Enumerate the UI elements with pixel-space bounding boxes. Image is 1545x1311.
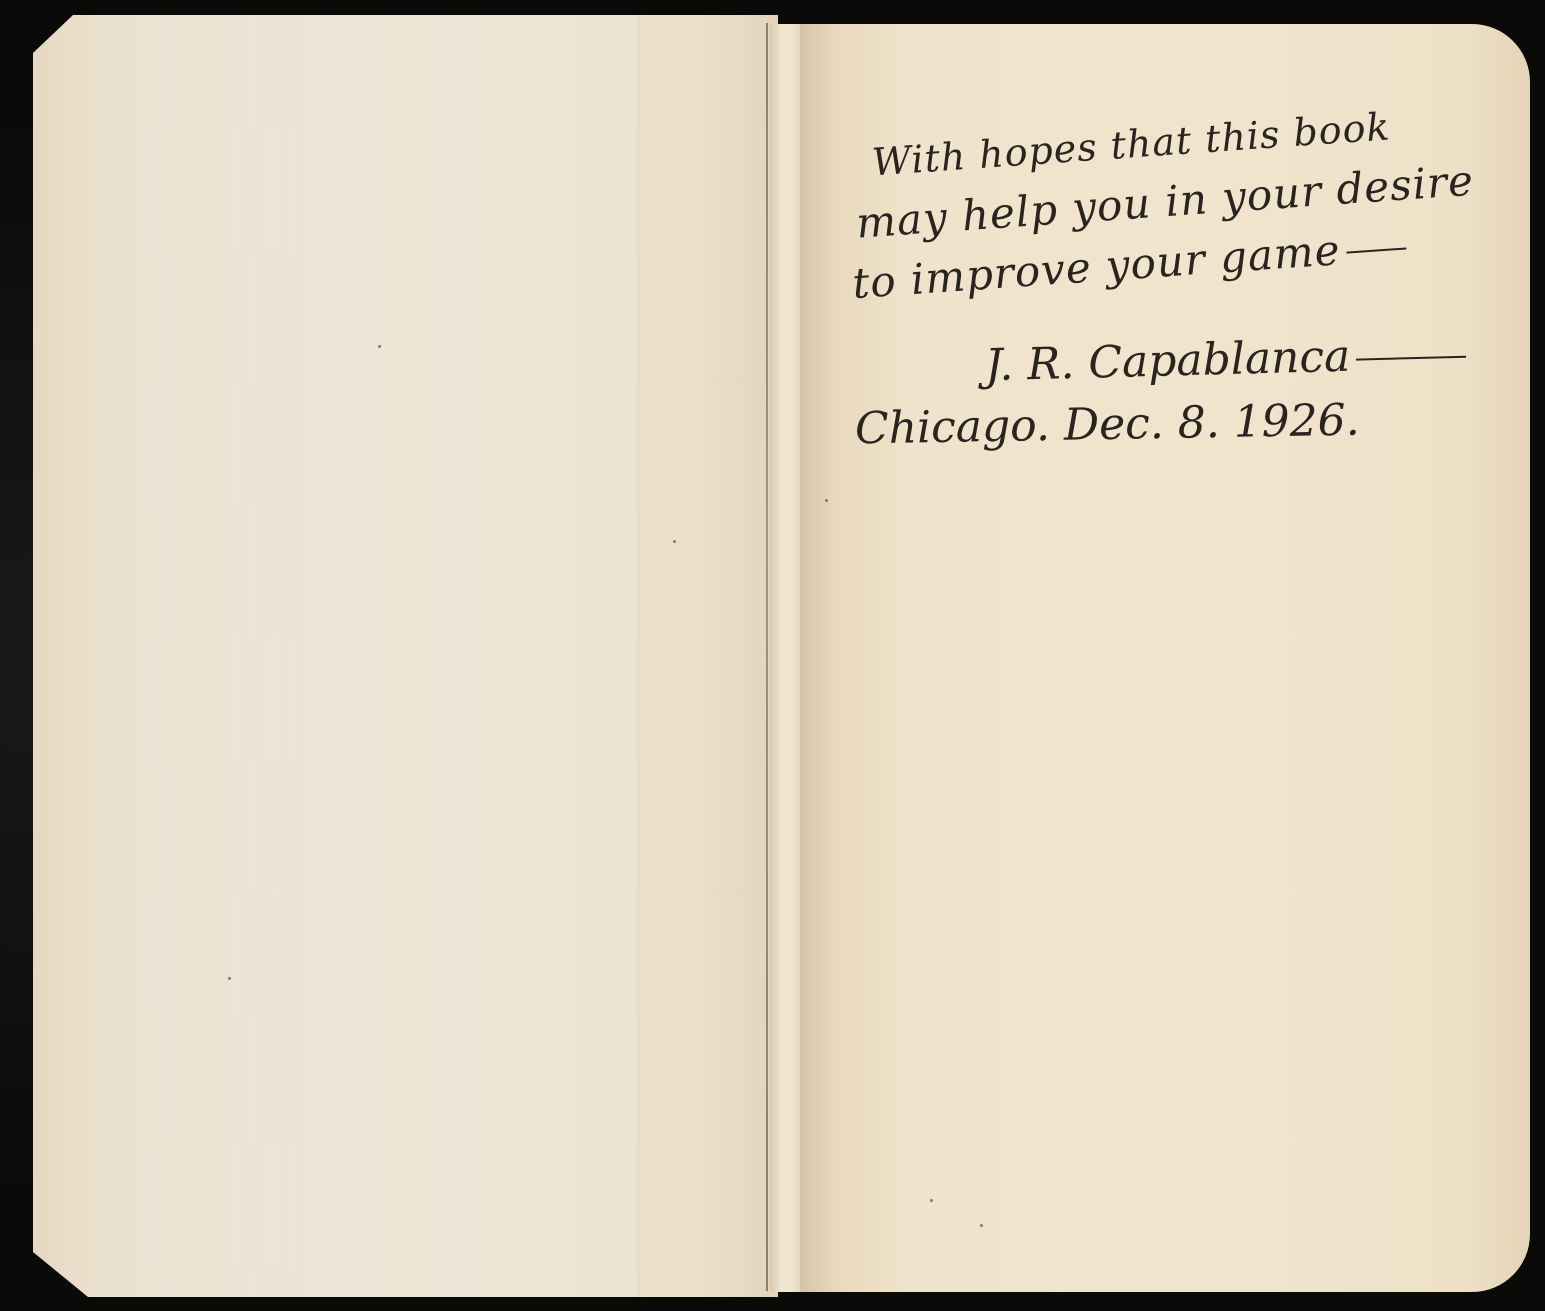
handwritten-inscription: With hopes that this book may help you i… [850, 87, 1541, 314]
signature: J. R. Capablanca [984, 328, 1466, 392]
left-page [33, 15, 778, 1297]
left-page-crease [766, 23, 768, 1291]
speck [228, 977, 231, 980]
open-book-photo: With hopes that this book may help you i… [0, 0, 1545, 1311]
place-and-date: Chicago. Dec. 8. 1926. [855, 395, 1360, 455]
left-page-panel [98, 15, 639, 1297]
signature-text: J. R. Capablanca [984, 331, 1350, 392]
right-page: With hopes that this book may help you i… [800, 24, 1530, 1292]
signature-flourish [1356, 355, 1466, 360]
speck [673, 540, 676, 543]
speck [378, 345, 381, 348]
speck [980, 1224, 983, 1227]
speck [825, 499, 828, 502]
speck [930, 1199, 933, 1202]
ink-flourish [1346, 247, 1406, 253]
